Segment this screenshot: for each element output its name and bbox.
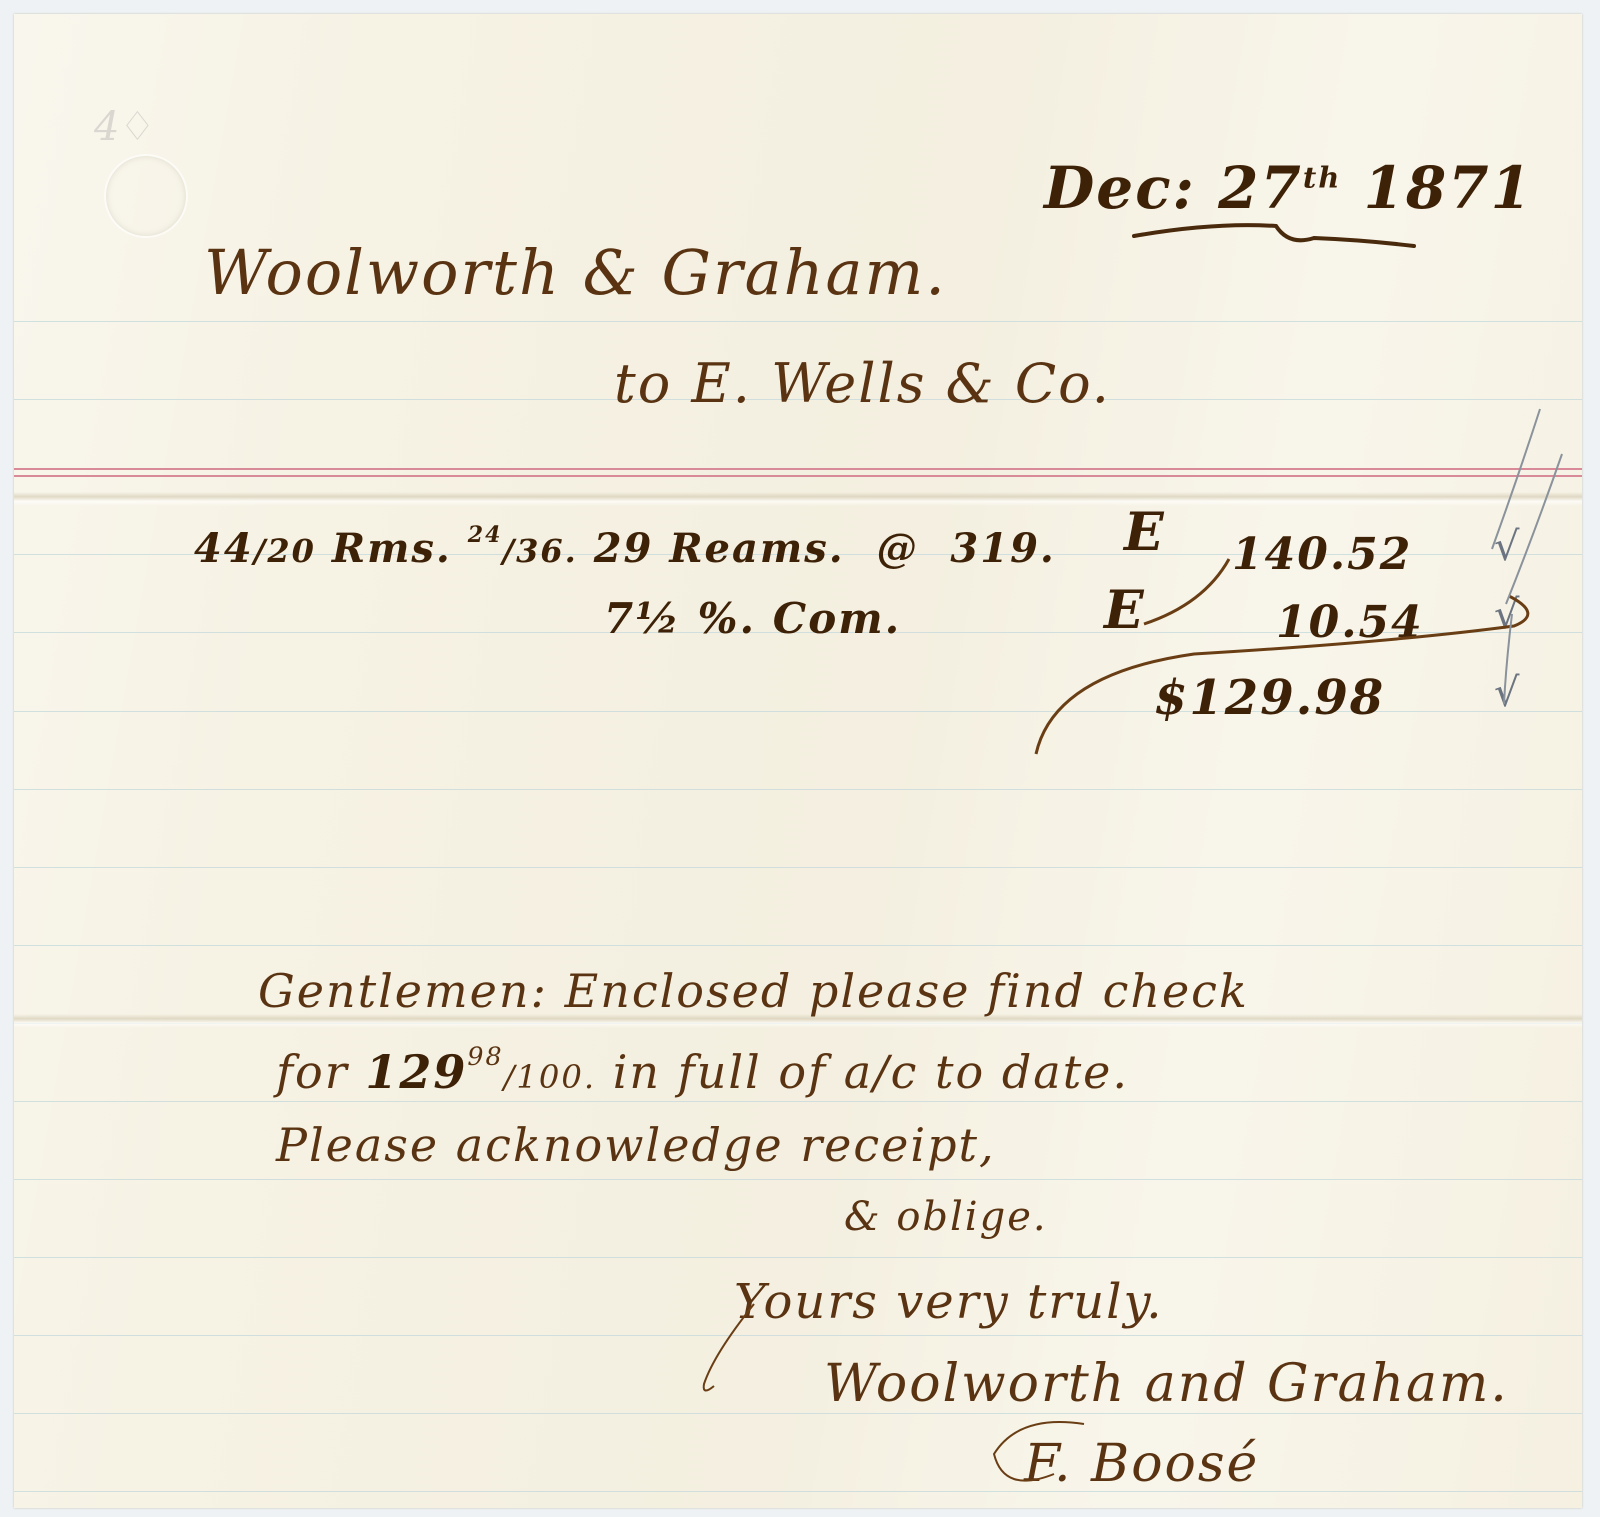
letter-paper: 4♢ Dec: 27th 1871 Woolworth & Graham. to… [14, 14, 1582, 1508]
ink-flourishes [14, 14, 1582, 1508]
